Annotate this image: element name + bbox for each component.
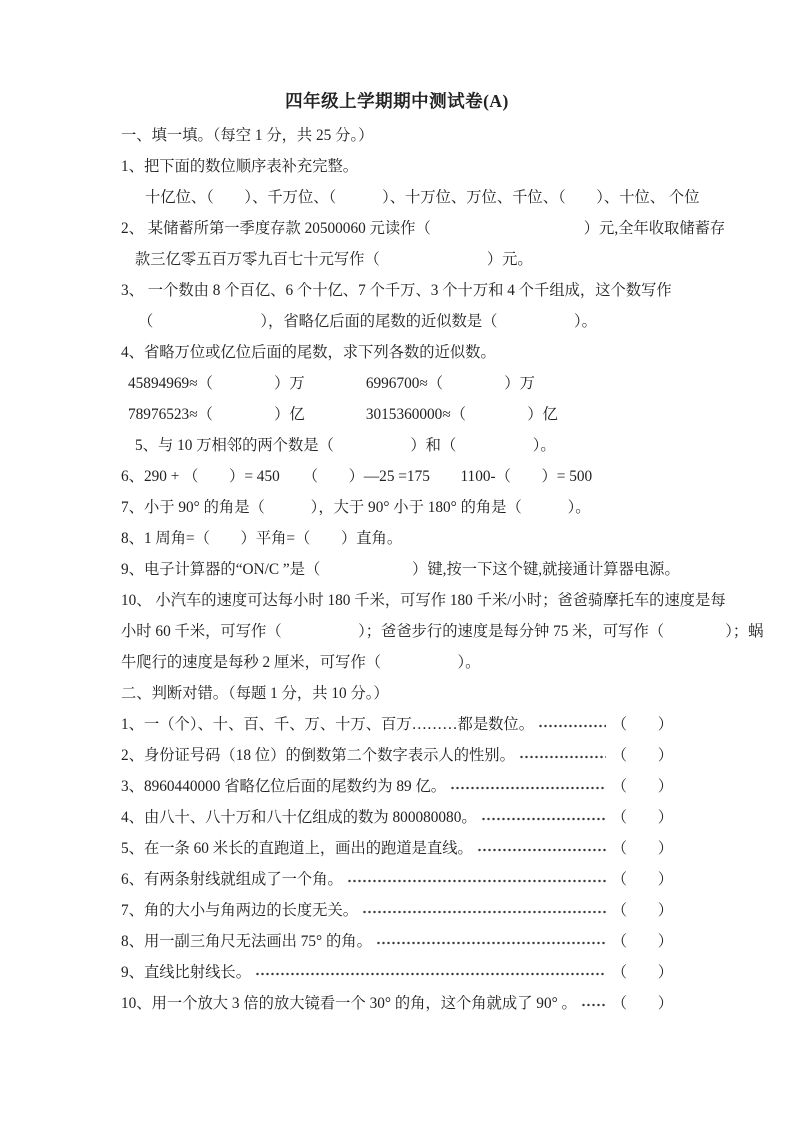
judgement-text: 9、直线比射线长。 — [121, 957, 251, 988]
dot-leader — [519, 755, 606, 759]
dot-leader — [581, 1003, 606, 1007]
answer-bracket: （ ） — [612, 988, 673, 1019]
judgement-item: 9、直线比射线长。 （ ） — [121, 957, 673, 988]
answer-bracket: （ ） — [612, 833, 673, 864]
answer-bracket: （ ） — [612, 802, 673, 833]
question-line: 小时 60 千米，可写作（ ）；爸爸步行的速度是每分钟 75 米，可写作（ ）；… — [121, 616, 793, 647]
judgement-item: 1、一（个）、十、百、千、万、十万、百万………都是数位。 （ ） — [121, 709, 673, 740]
question-line: 7、小于 90° 的角是（ ），大于 90° 小于 180° 的角是（ ）。 — [121, 492, 793, 523]
page-content: 四年级上学期期中测试卷(A) 一、填一填。（每空 1 分，共 25 分。） 1、… — [0, 0, 793, 1019]
judgement-text: 7、角的大小与角两边的长度无关。 — [121, 895, 358, 926]
answer-bracket: （ ） — [612, 926, 673, 957]
judgement-text: 3、8960440000 省略亿位后面的尾数约为 89 亿。 — [121, 771, 446, 802]
question-line: 牛爬行的速度是每秒 2 厘米，可写作（ ）。 — [121, 647, 793, 678]
dot-leader — [362, 910, 606, 914]
question-line: 4、省略万位或亿位后面的尾数，求下列各数的近似数。 — [121, 337, 793, 368]
question-line: 1、把下面的数位顺序表补充完整。 — [121, 151, 793, 182]
judgement-text: 5、在一条 60 米长的直跑道上，画出的跑道是直线。 — [121, 833, 473, 864]
question-line: 款三亿零五百万零九百七十元写作（ ）元。 — [121, 244, 793, 275]
dot-leader — [255, 972, 606, 976]
answer-bracket: （ ） — [612, 740, 673, 771]
judgement-item: 8、用一副三角尺无法画出 75° 的角。 （ ） — [121, 926, 673, 957]
question-line: 78976523≈（ ）亿 3015360000≈（ ）亿 — [121, 399, 793, 430]
judgement-item: 4、由八十、八十万和八十亿组成的数为 800080080。 （ ） — [121, 802, 673, 833]
judgement-text: 2、身份证号码（18 位）的倒数第二个数字表示人的性别。 — [121, 740, 515, 771]
answer-bracket: （ ） — [612, 709, 673, 740]
test-paper-page: 四年级上学期期中测试卷(A) 一、填一填。（每空 1 分，共 25 分。） 1、… — [0, 0, 793, 1122]
answer-bracket: （ ） — [612, 864, 673, 895]
section2-heading: 二、判断对错。（每题 1 分，共 10 分。） — [121, 678, 793, 709]
dot-leader — [538, 724, 606, 728]
judgement-text: 4、由八十、八十万和八十亿组成的数为 800080080。 — [121, 802, 477, 833]
judgement-text: 6、有两条射线就组成了一个角。 — [121, 864, 343, 895]
judgement-text: 1、一（个）、十、百、千、万、十万、百万………都是数位。 — [121, 709, 534, 740]
judgement-item: 3、8960440000 省略亿位后面的尾数约为 89 亿。 （ ） — [121, 771, 673, 802]
judgement-item: 7、角的大小与角两边的长度无关。 （ ） — [121, 895, 673, 926]
dot-leader — [450, 786, 606, 790]
question-line: 45894969≈（ ）万 6996700≈（ ）万 — [121, 368, 793, 399]
question-line: （ ），省略亿后面的尾数的近似数是（ ）。 — [121, 306, 793, 337]
page-title: 四年级上学期期中测试卷(A) — [121, 89, 673, 113]
question-line: 10、 小汽车的速度可达每小时 180 千米，可写作 180 千米/小时；爸爸骑… — [121, 585, 793, 616]
question-line: 2、 某储蓄所第一季度存款 20500060 元读作（ ）元,全年收取储蓄存 — [121, 213, 793, 244]
judgement-item: 10、用一个放大 3 倍的放大镜看一个 30° 的角，这个角就成了 90° 。 … — [121, 988, 673, 1019]
question-line: 9、电子计算器的“ON/C ”是（ ）键,按一下这个键,就接通计算器电源。 — [121, 554, 793, 585]
dot-leader — [347, 879, 606, 883]
judgement-item: 6、有两条射线就组成了一个角。 （ ） — [121, 864, 673, 895]
question-line: 3、 一个数由 8 个百亿、6 个十亿、7 个千万、3 个十万和 4 个千组成，… — [121, 275, 793, 306]
answer-bracket: （ ） — [612, 895, 673, 926]
answer-bracket: （ ） — [612, 771, 673, 802]
question-line: 6、290 + （ ）= 450 （ ）—25 =175 1100-（ ）= 5… — [121, 461, 793, 492]
question-line: 十亿位、（ ）、千万位、（ ）、十万位、万位、千位、（ ）、十位、 个位 — [121, 182, 793, 213]
judgement-item: 2、身份证号码（18 位）的倒数第二个数字表示人的性别。 （ ） — [121, 740, 673, 771]
judgement-text: 8、用一副三角尺无法画出 75° 的角。 — [121, 926, 372, 957]
question-line: 8、1 周角=（ ）平角=（ ）直角。 — [121, 523, 793, 554]
judgement-item: 5、在一条 60 米长的直跑道上，画出的跑道是直线。 （ ） — [121, 833, 673, 864]
section1-heading: 一、填一填。（每空 1 分，共 25 分。） — [121, 120, 793, 151]
dot-leader — [481, 817, 606, 821]
dot-leader — [477, 848, 606, 852]
dot-leader — [376, 941, 606, 945]
judgement-text: 10、用一个放大 3 倍的放大镜看一个 30° 的角，这个角就成了 90° 。 — [121, 988, 577, 1019]
answer-bracket: （ ） — [612, 957, 673, 988]
question-line: 5、与 10 万相邻的两个数是（ ）和（ ）。 — [121, 430, 793, 461]
